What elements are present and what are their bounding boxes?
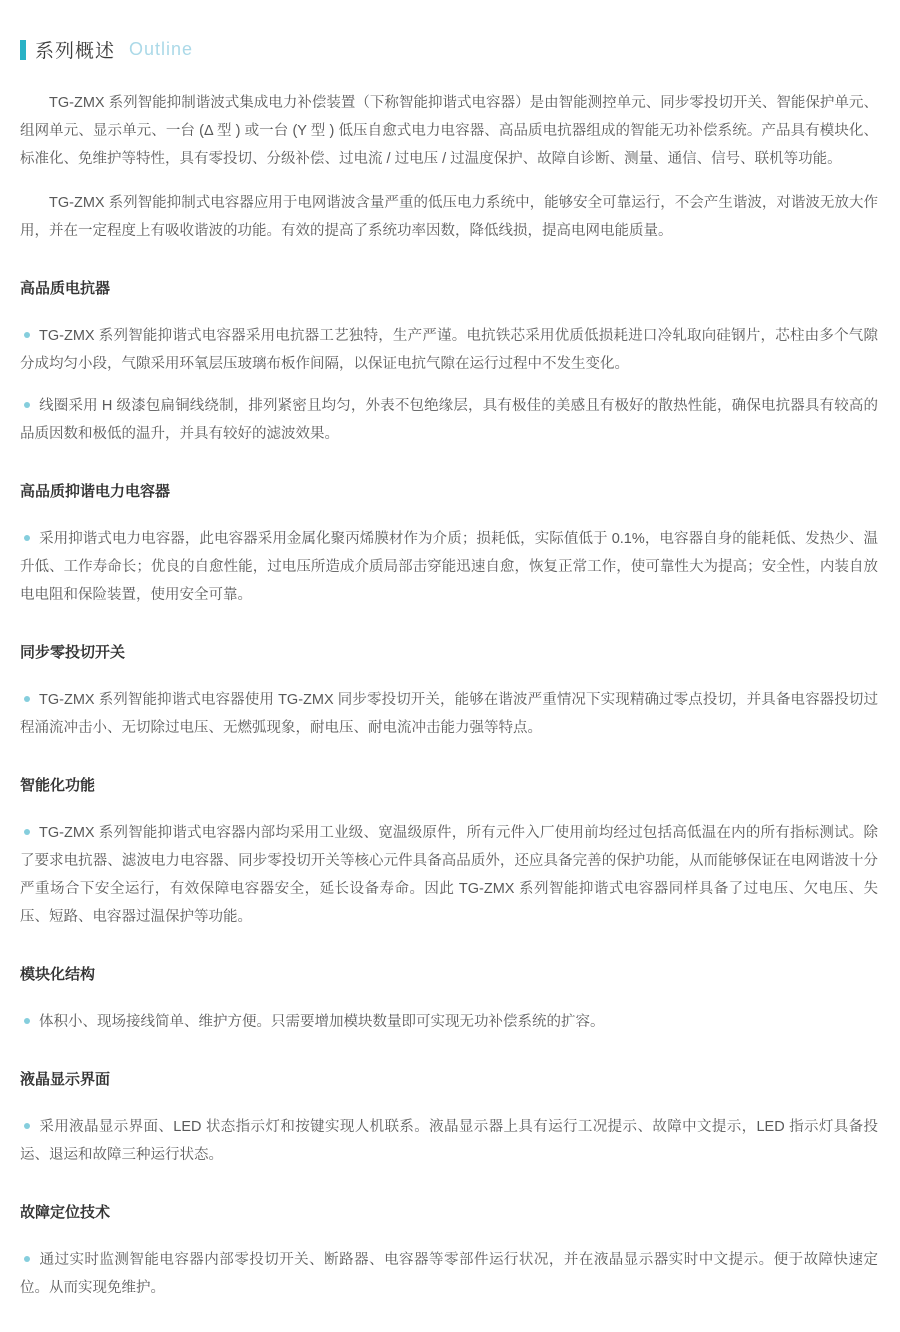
section-lcd: 液晶显示界面 采用液晶显示界面、LED 状态指示灯和按键实现人机联系。液晶显示器… xyxy=(20,1068,878,1169)
section-heading: 智能化功能 xyxy=(20,774,878,795)
bullet-item: 体积小、现场接线简单、维护方便。只需要增加模块数量即可实现无功补偿系统的扩容。 xyxy=(20,1008,878,1036)
bullet-dot-icon xyxy=(24,1256,30,1262)
bullet-text: TG-ZMX 系列智能抑谐式电容器采用电抗器工艺独特，生产严谨。电抗铁芯采用优质… xyxy=(20,328,878,372)
section-reactor: 高品质电抗器 TG-ZMX 系列智能抑谐式电容器采用电抗器工艺独特，生产严谨。电… xyxy=(20,277,878,448)
section-heading: 高品质电抗器 xyxy=(20,277,878,298)
bullet-text: 线圈采用 H 级漆包扁铜线绕制，排列紧密且均匀，外表不包绝缘层，具有极佳的美感且… xyxy=(20,398,878,442)
document-page: 系列概述 Outline TG-ZMX 系列智能抑制谐波式集成电力补偿装置（下称… xyxy=(0,0,900,1332)
bullet-text: TG-ZMX 系列智能抑谐式电容器使用 TG-ZMX 同步零投切开关，能够在谐波… xyxy=(20,692,878,736)
page-title-en: Outline xyxy=(129,39,193,60)
section-heading: 高品质抑谐电力电容器 xyxy=(20,480,878,501)
title-accent-bar xyxy=(20,40,26,60)
section-intelligent: 智能化功能 TG-ZMX 系列智能抑谐式电容器内部均采用工业级、宽温级原件，所有… xyxy=(20,774,878,931)
bullet-item: 采用液晶显示界面、LED 状态指示灯和按键实现人机联系。液晶显示器上具有运行工况… xyxy=(20,1113,878,1169)
section-title-header: 系列概述 Outline xyxy=(20,36,878,63)
bullet-dot-icon xyxy=(24,535,30,541)
bullet-dot-icon xyxy=(24,829,30,835)
section-capacitor: 高品质抑谐电力电容器 采用抑谐式电力电容器，此电容器采用金属化聚丙烯膜材作为介质… xyxy=(20,480,878,609)
bullet-text: 采用液晶显示界面、LED 状态指示灯和按键实现人机联系。液晶显示器上具有运行工况… xyxy=(20,1119,878,1163)
section-heading: 模块化结构 xyxy=(20,963,878,984)
bullet-text: TG-ZMX 系列智能抑谐式电容器内部均采用工业级、宽温级原件，所有元件入厂使用… xyxy=(20,825,878,925)
bullet-dot-icon xyxy=(24,402,30,408)
bullet-dot-icon xyxy=(24,1018,30,1024)
bullet-item: 通过实时监测智能电容器内部零投切开关、断路器、电容器等零部件运行状况，并在液晶显… xyxy=(20,1246,878,1302)
bullet-text: 通过实时监测智能电容器内部零投切开关、断路器、电容器等零部件运行状况，并在液晶显… xyxy=(20,1252,878,1296)
bullet-item: 线圈采用 H 级漆包扁铜线绕制，排列紧密且均匀，外表不包绝缘层，具有极佳的美感且… xyxy=(20,392,878,448)
bullet-item: 采用抑谐式电力电容器，此电容器采用金属化聚丙烯膜材作为介质；损耗低，实际值低于 … xyxy=(20,525,878,609)
bullet-item: TG-ZMX 系列智能抑谐式电容器内部均采用工业级、宽温级原件，所有元件入厂使用… xyxy=(20,819,878,931)
bullet-dot-icon xyxy=(24,332,30,338)
intro-paragraph: TG-ZMX 系列智能抑制谐波式集成电力补偿装置（下称智能抑谐式电容器）是由智能… xyxy=(20,89,878,173)
section-heading: 液晶显示界面 xyxy=(20,1068,878,1089)
bullet-text: 体积小、现场接线简单、维护方便。只需要增加模块数量即可实现无功补偿系统的扩容。 xyxy=(39,1014,605,1030)
bullet-item: TG-ZMX 系列智能抑谐式电容器采用电抗器工艺独特，生产严谨。电抗铁芯采用优质… xyxy=(20,322,878,378)
intro-paragraph: TG-ZMX 系列智能抑制式电容器应用于电网谐波含量严重的低压电力系统中，能够安… xyxy=(20,189,878,245)
page-title-cn: 系列概述 xyxy=(35,36,115,63)
section-fault-location: 故障定位技术 通过实时监测智能电容器内部零投切开关、断路器、电容器等零部件运行状… xyxy=(20,1201,878,1302)
intro-paragraphs: TG-ZMX 系列智能抑制谐波式集成电力补偿装置（下称智能抑谐式电容器）是由智能… xyxy=(20,89,878,245)
bullet-text: 采用抑谐式电力电容器，此电容器采用金属化聚丙烯膜材作为介质；损耗低，实际值低于 … xyxy=(20,531,878,603)
section-switch: 同步零投切开关 TG-ZMX 系列智能抑谐式电容器使用 TG-ZMX 同步零投切… xyxy=(20,641,878,742)
section-heading: 故障定位技术 xyxy=(20,1201,878,1222)
section-heading: 同步零投切开关 xyxy=(20,641,878,662)
bullet-dot-icon xyxy=(24,1123,30,1129)
bullet-item: TG-ZMX 系列智能抑谐式电容器使用 TG-ZMX 同步零投切开关，能够在谐波… xyxy=(20,686,878,742)
bullet-dot-icon xyxy=(24,696,30,702)
section-modular: 模块化结构 体积小、现场接线简单、维护方便。只需要增加模块数量即可实现无功补偿系… xyxy=(20,963,878,1036)
